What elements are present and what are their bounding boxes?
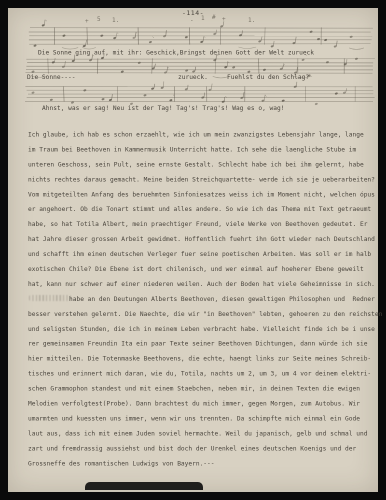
typewritten-line-10: exotischen Chile? Die Ebene ist dort chi… xyxy=(28,262,378,277)
typewritten-line-8: hat Jahre dieser grossen Arbeit gewidmet… xyxy=(28,232,378,247)
text-layer: -114- Die Sonne ging auf, mit ihr: Gesch… xyxy=(8,8,378,492)
typewritten-line-14: und seligsten Stunden, die ich in meinem… xyxy=(28,321,378,336)
typewritten-line-20: umarmten und kuessten uns immer, wenn wi… xyxy=(28,411,378,426)
typewritten-line-19: Melodien verfolgtest(Probe). Dann bracht… xyxy=(28,396,378,411)
typewritten-text: Ich glaube, ich hab es schon erzaehlt, w… xyxy=(28,127,378,471)
faded-text-smudge xyxy=(29,295,71,301)
typewritten-line-5: Vom mitgeteilten Anfang des beruehmten S… xyxy=(28,187,378,202)
lyric-line-1: Die Sonne ging auf, mit ihr: Geschick,Br… xyxy=(38,49,314,56)
lyric-line-2-right: Fuehlst du den Schlag? xyxy=(227,74,309,81)
typewritten-line-2: im Traum bei Beethoven in Kammermusik Un… xyxy=(28,142,378,157)
typewritten-line-12: habe an den Deutungen Alberts Beethoven,… xyxy=(28,291,378,306)
scanned-manuscript: { "page": { "number": "-114-" }, "music"… xyxy=(0,0,386,500)
lyric-line-2-mid: zurueck. xyxy=(178,74,208,81)
scan-edge-blob xyxy=(85,482,203,490)
typewritten-line-11: hat, kann nur schwer auf einer niederen … xyxy=(28,276,378,291)
typewritten-line-17: tisches und erinnert mich daran, wie du,… xyxy=(28,366,378,381)
typewritten-line-13: besser verstehen gelernt. Die Naechte, d… xyxy=(28,306,378,321)
typewritten-line-21: laut aus, dass ich mit einem Juden sovie… xyxy=(28,426,378,441)
lyric-line-3: Ahnst, was er sag! Neu ist der Tag! Tag'… xyxy=(42,105,284,112)
typewritten-line-7: habe, so hat Totila Albert, mein praecht… xyxy=(28,217,378,232)
typewritten-line-9: und schafft ihm einen deutschen Verleger… xyxy=(28,247,378,262)
manuscript-page: +51.-1#+1. -114- Die Sonne ging auf, mit… xyxy=(8,8,378,492)
page-number: -114- xyxy=(8,10,378,17)
typewritten-line-18: schen Grammophon standest und mit einem … xyxy=(28,381,378,396)
lyric-line-2-left: Die Sonne---- xyxy=(27,74,75,81)
typewritten-line-23: Grossneffe des romantischen Ludwigs von … xyxy=(28,456,378,471)
typewritten-line-6: er angehoert. Ob die Tonart stimmt und a… xyxy=(28,202,378,217)
typewritten-line-16: hier mitteilen. Die Totenmaske Beethoven… xyxy=(28,351,378,366)
typewritten-line-1: Ich glaube, ich hab es schon erzaehlt, w… xyxy=(28,127,378,142)
typewritten-line-3: unteren Geschoss, sein Pult, seine ernst… xyxy=(28,157,378,172)
typewritten-line-22: zart und fremdrassig aussiehst und bist … xyxy=(28,441,378,456)
typewritten-line-4: nichts rechtes daraus gemacht. Meine bei… xyxy=(28,172,378,187)
typewritten-line-15: rer gemeinsamen Freundin Ita ein paar Te… xyxy=(28,336,378,351)
